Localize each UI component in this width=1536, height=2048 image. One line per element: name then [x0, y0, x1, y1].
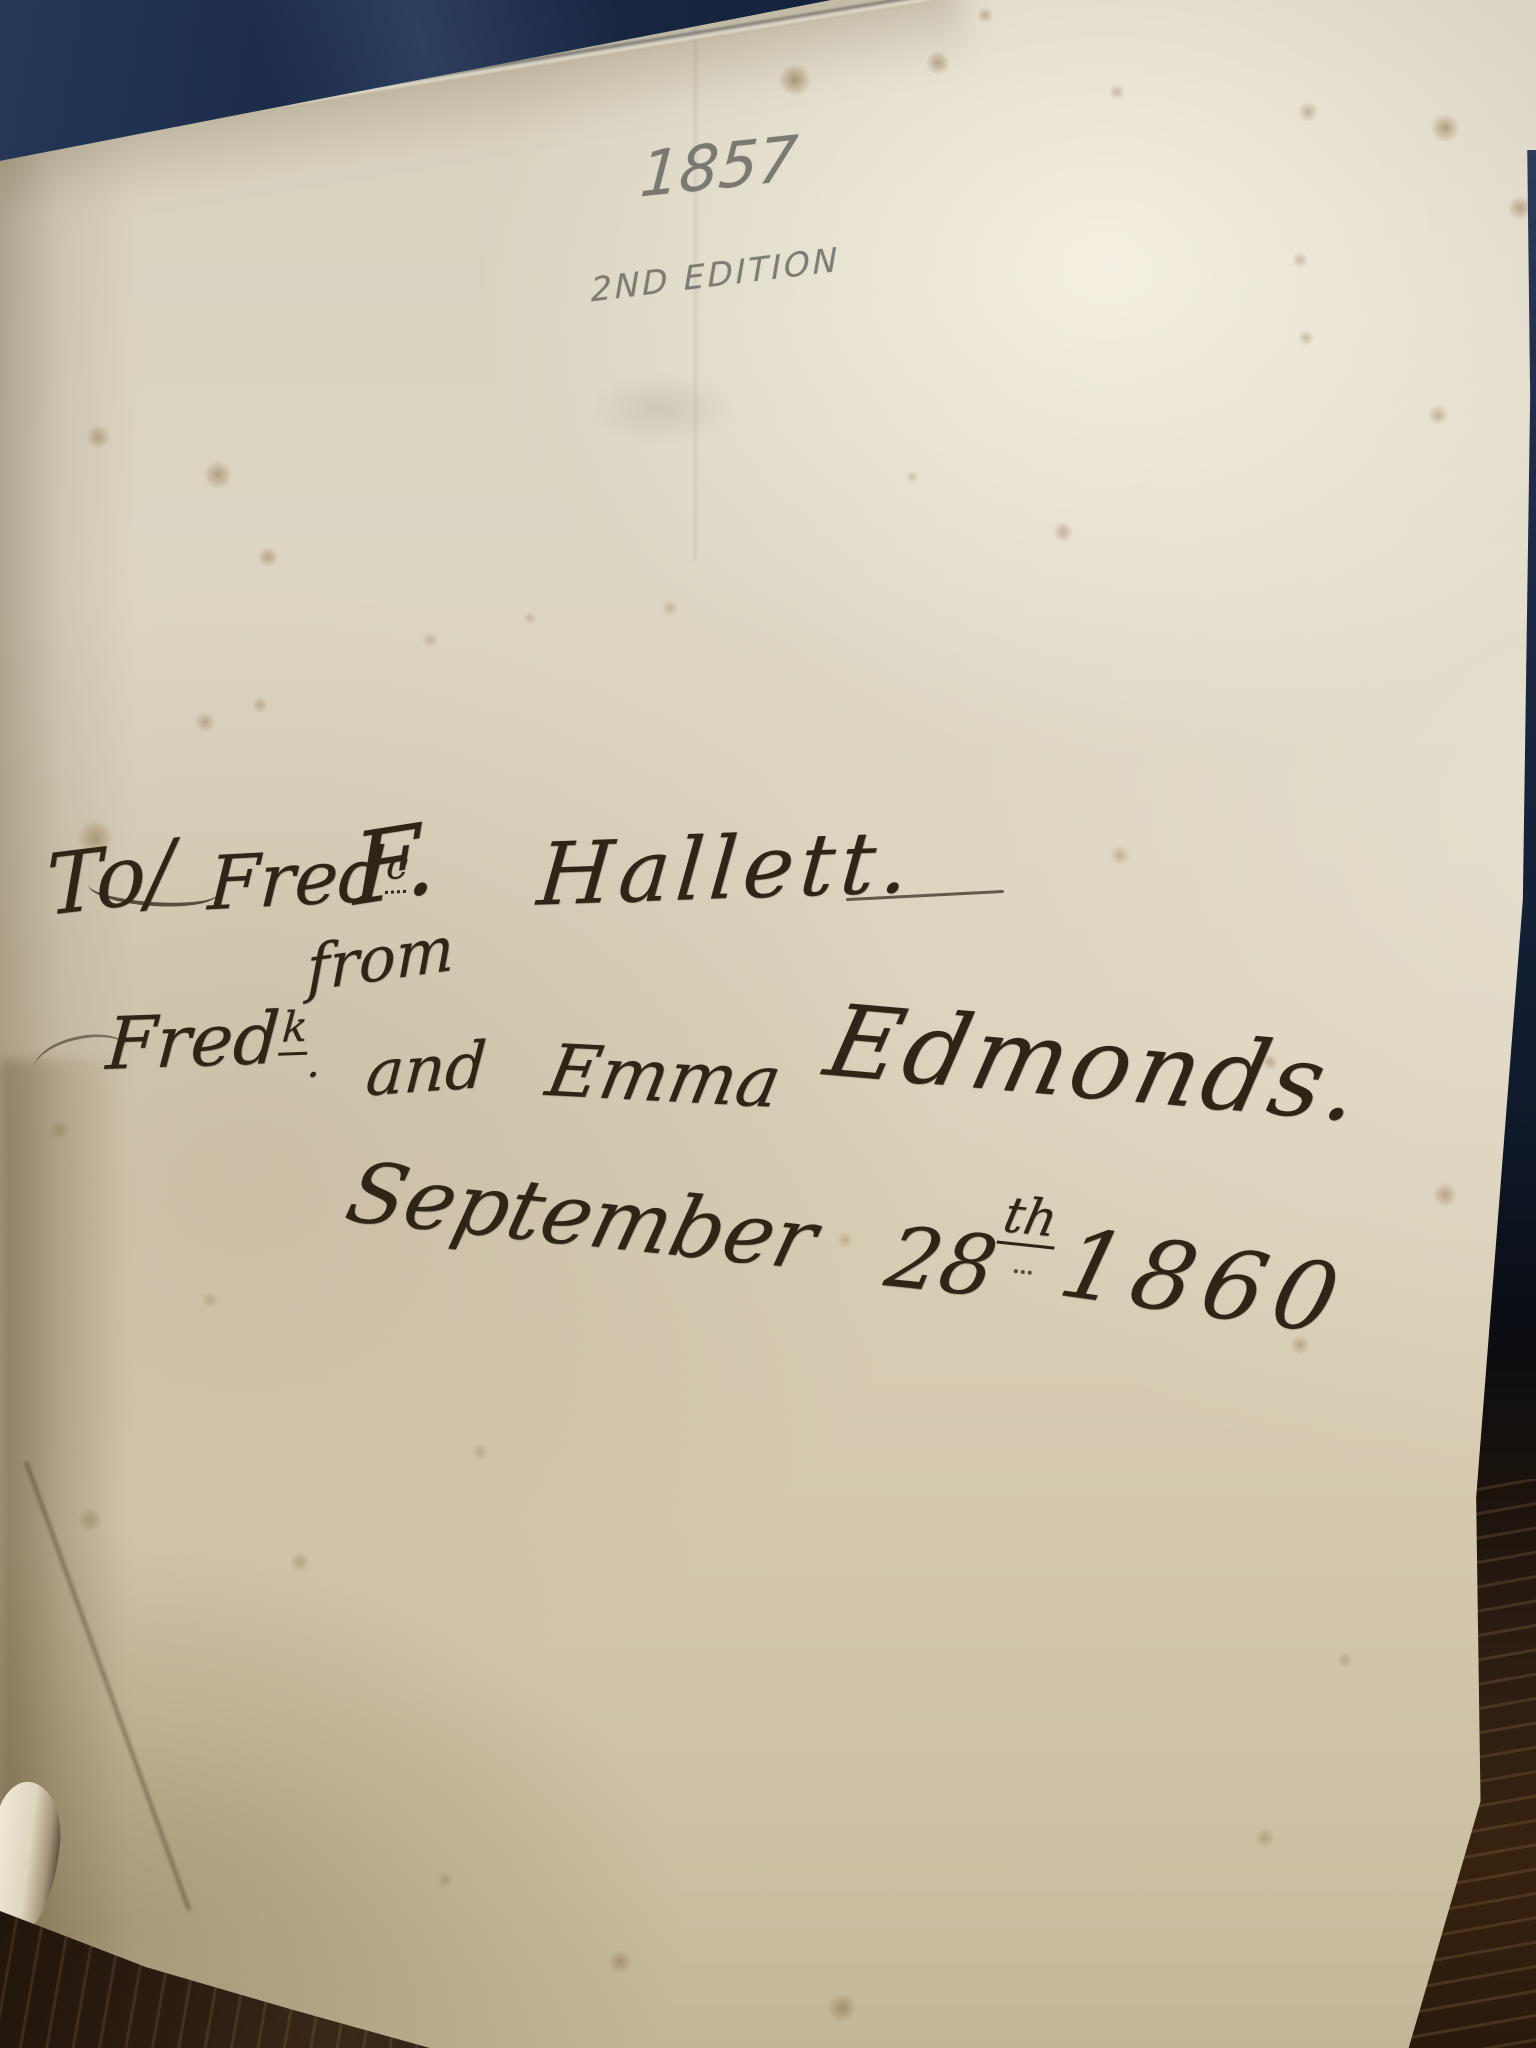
foxing-spot	[1110, 845, 1130, 865]
inscription-from: from	[307, 917, 454, 1000]
ditto-marks	[1014, 1265, 1033, 1275]
foxing-spot	[86, 425, 110, 449]
foxing-spot	[422, 632, 438, 648]
inscription-date-ordinal: th	[996, 1189, 1065, 1249]
inscription-recipient-initial: F.	[352, 809, 437, 921]
book-page: 1857 2ND EDITION To/ Fredc F. Hallett. f…	[0, 0, 1536, 2048]
inscription-and: and	[364, 1034, 489, 1107]
foxing-spot	[1298, 102, 1318, 122]
foxing-spot	[1428, 405, 1448, 425]
inscription-giver-first: Fredk.	[103, 1000, 325, 1092]
foxing-spot	[662, 600, 678, 616]
foxing-spot	[524, 612, 536, 624]
foxing-spot	[1109, 84, 1125, 100]
pencil-edition-note: 2ND EDITION	[591, 243, 841, 307]
foxing-spot	[258, 547, 278, 567]
foxing-spot	[837, 1232, 853, 1248]
foxing-spot	[1431, 114, 1459, 142]
erased-pencil-smudge	[586, 372, 736, 446]
foxing-spot	[828, 1994, 856, 2022]
foxing-spot	[204, 461, 232, 489]
inscription-giver-second: Emma	[541, 1034, 787, 1118]
foxing-spot	[1255, 1828, 1275, 1848]
foxing-spot	[1337, 1652, 1353, 1668]
inscription-recipient-surname: Hallett.	[534, 819, 918, 918]
inscription-date-year: 1860	[1052, 1215, 1357, 1348]
foxing-spot	[202, 1292, 218, 1308]
giver-superscript: k	[278, 1002, 311, 1056]
foxing-spot	[472, 1444, 488, 1460]
foxing-spot	[1298, 330, 1314, 346]
foxing-spot	[1292, 252, 1308, 268]
foxing-spot	[437, 1872, 453, 1888]
inscription-giver-surname: Edmonds.	[818, 991, 1374, 1136]
foxing-spot	[78, 1508, 102, 1532]
foxing-spot	[906, 471, 918, 483]
foxing-spot	[290, 1552, 310, 1572]
inscription-date-month: September	[339, 1150, 825, 1281]
inscription-date-day: 28	[880, 1215, 1004, 1309]
foxing-spot	[252, 697, 268, 713]
foxing-spot	[1433, 1183, 1457, 1207]
photo-of-book-inscription-page: 1857 2ND EDITION To/ Fredc F. Hallett. f…	[0, 0, 1536, 2048]
foxing-spot	[608, 1950, 632, 1974]
giver-first-text: Fred	[104, 996, 283, 1086]
foxing-spot	[977, 7, 993, 23]
foxing-spot	[50, 1120, 70, 1140]
giver-period: .	[305, 1037, 322, 1088]
foxing-spot	[195, 712, 215, 732]
foxing-spot	[1053, 522, 1073, 542]
